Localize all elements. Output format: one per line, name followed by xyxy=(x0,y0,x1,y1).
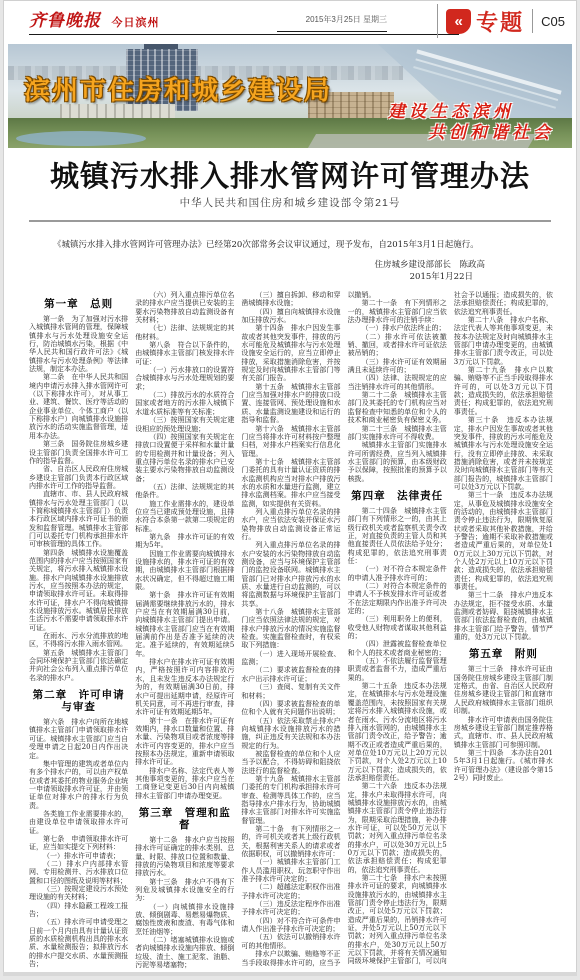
body-paragraph: 第二十二条 城镇排水主管部门及其委托的专门机构应当对监督检查中知悉的单位和个人的… xyxy=(348,391,447,424)
body-paragraph: 第二十八条 排水户名称、法定代表人等其他事项变更，未按本办法规定及时向城镇排水主… xyxy=(454,316,553,366)
body-paragraph: 施工作业需排水的，建设单位应当已建成预处理设施，且排水符合本条第一款第二项规定的… xyxy=(135,500,234,533)
body-paragraph: 列入重点排污单位名录的排水户安装的水污染物排放自动监测设备，应当与环境保护主管部… xyxy=(241,541,340,608)
body-paragraph: 第十一条 在排水许可证有效期内，排水口数量和位置、排水量、污染物项目或者浓度等排… xyxy=(135,717,234,767)
body-paragraph: （二）超越法定职权作出准予排水许可决定的； xyxy=(241,883,340,900)
body-paragraph: 第十二条 排水户应当按照排水许可证确定的排水类别、总量、时限、排放口位置和数量、… xyxy=(135,836,234,878)
body-paragraph: 第三十条 违反本办法规定，排水户因发生事故或者其他突发事件，排放的污水可能危及城… xyxy=(454,416,553,491)
chapter-heading: 第一章 总则 xyxy=(29,298,128,310)
body-paragraph: （五）依法可以撤销排水许可的其他情形。 xyxy=(241,933,340,950)
body-paragraph: （四）对不符合许可条件申请人作出准予排水许可决定的； xyxy=(241,917,340,934)
headline-rule xyxy=(29,220,551,222)
body-paragraph: 第三十三条 排水许可证由国务院住房城乡建设主管部门制定格式，由省、自治区人民政府… xyxy=(454,665,553,715)
body-paragraph: 在雨水、污水分流排放的地区，不得将污水排入雨水管网。 xyxy=(29,632,128,649)
body-paragraph: （三）查阅、复制有关文件和材料； xyxy=(241,683,340,700)
bottom-edge xyxy=(3,972,577,976)
body-paragraph: 第三条 国务院住房城乡建设主管部门负责全国排水许可工作的指导监督。 xyxy=(29,440,128,465)
preamble: 《城镇污水排入排水管网许可管理办法》已经第20次部常务会议审议通过，现予发布，自… xyxy=(53,238,537,250)
body-paragraph: 第三十一条 违反本办法规定，从事危及城镇排水设施安全的活动的，由城镇排水主管部门… xyxy=(454,491,553,591)
body-paragraph: 集中管理的建筑或者单位内有多个排水户的，可以由产权单位或者其委托的物业服务企业统… xyxy=(29,760,128,810)
newspaper-page: 齐鲁晚报 今日滨州 2015年3月25日 星期三 « 专题 C05 滨州市住房和… xyxy=(3,0,577,976)
body-paragraph: 第二十一条 有下列情形之一的，城镇排水主管部门应当依法办理排水许可的注销手续： xyxy=(348,299,447,324)
body-paragraph: 排水户名称、法定代表人等其他事项变更的，排水户应当在工商登记变更后30日内向城镇… xyxy=(135,767,234,800)
body-paragraph: 第八条 符合以下条件的，由城镇排水主管部门核发排水许可证： xyxy=(135,341,234,366)
masthead: 齐鲁晚报 今日滨州 xyxy=(29,6,459,35)
body-paragraph: 第三十四条 本办法自2015年3月1日起施行。《城市排水许可管理办法》（建设部令… xyxy=(454,749,553,782)
body-paragraph: 第五条 城镇排水主管部门会同环境保护主管部门依法确定并向社会公布列入重点排污单位… xyxy=(29,649,128,682)
body-paragraph: 第一条 为了加强对污水排入城镇排水管网的管理，保障城镇排水与污水处理设施安全运行… xyxy=(29,315,128,373)
body-paragraph: 第九条 排水许可证的有效期为5年。 xyxy=(135,533,234,550)
body-paragraph: （七）法律、法规规定的其他材料。 xyxy=(135,324,234,341)
section-block: « 专题 C05 xyxy=(437,4,565,38)
body-paragraph: （四）要求被监督检查的单位和个人就有关问题作出说明； xyxy=(241,700,340,717)
body-paragraph: 第十五条 城镇排水主管部门应当加强对排水户的排放口设置、连接管网、预处理设施和水… xyxy=(241,383,340,425)
body-paragraph: （四）擅自向城镇排水设施加压排放污水。 xyxy=(241,308,340,325)
paper-name: 齐鲁晚报 xyxy=(29,6,101,31)
body-paragraph: （五）排水许可申请受理之日前一个月内由具有计量认证资质的水质检测机构出具的排水水… xyxy=(29,918,128,968)
body-paragraph: （三）违反法定程序作出准予排水许可决定的； xyxy=(241,900,340,917)
body-paragraph: （四）排水隐蔽工程竣工报告； xyxy=(29,902,128,919)
section-label: 专题 xyxy=(476,6,524,37)
body-paragraph: （二）排水户内部排水管网、专用检测井、污水排放口位置和口径的图纸及说明等材料； xyxy=(29,860,128,885)
decree-line: 中华人民共和国住房和城乡建设部令第21号 xyxy=(3,195,577,210)
body-paragraph: 第二条 在中华人民共和国境内申请污水排入排水管网许可（以下称排水许可），对从事工… xyxy=(29,373,128,440)
body-paragraph: 因施工作业需要向城镇排水设施排水的，排水许可证的有效期，由城镇排水主管部门根据排… xyxy=(135,550,234,592)
body-paragraph: 省、自治区人民政府住房城乡建设主管部门负责本行政区域内排水许可工作的指导监督。 xyxy=(29,465,128,490)
body-paragraph: （三）按照国家有关规定建设相应的预处理设施； xyxy=(135,416,234,433)
body-paragraph: （一）城镇排水主管部门工作人员滥用职权、玩忽职守作出准予排水许可决定的； xyxy=(241,858,340,883)
body-paragraph: （五）依法采取禁止排水户向城镇排水设施排放污水的措施，纠正违反有关法规和本办法规… xyxy=(241,717,340,750)
body-paragraph: 第三十二条 排水户违反本办法规定，拒不接受水质、水量监测或者妨碍、阻挠城镇排水主… xyxy=(454,591,553,641)
body-paragraph: 第四条 城镇排水设施覆盖范围内的排水户应当按照国家有关规定，将污水排入城镇排水设… xyxy=(29,549,128,632)
body-paragraph: 第二十三条 城镇排水主管部门实施排水许可不得收费。 xyxy=(348,425,447,442)
body-paragraph: 第十六条 城镇排水主管部门应当将排水许可材料按户整理归档，对排水户档案实行信息化… xyxy=(241,425,340,458)
body-paragraph: 第十三条 排水户不得有下列危及城镇排水设施安全的行为： xyxy=(135,878,234,903)
body-paragraph: （三）利用职务上的便利，收受他人财物或者谋取其他利益的； xyxy=(348,615,447,640)
body-paragraph: （五）不依法履行监督管理职责或者监督不力，造成严重后果的。 xyxy=(348,657,447,682)
body-paragraph: 各类施工作业需要排水的，由建设单位申请领取排水许可证。 xyxy=(29,810,128,835)
body-paragraph: （二）对符合本规定条件的申请人不予核发排水许可证或者不在法定期限内作出准予许可决… xyxy=(348,582,447,615)
body-paragraph: （三）擅自拆卸、移动和穿凿城镇排水设施； xyxy=(241,291,340,308)
body-paragraph: （四）按照国家有关规定在排放口设置便于采样和水量计量的专用检测井和计量设备；列入… xyxy=(135,433,234,483)
banner-photo: 滨州市住房和城乡建设局 建设生态滨州 共创和谐社会 xyxy=(8,44,572,148)
signature-date: 2015年1月22日 xyxy=(410,270,473,282)
article-body-columns: 第一章 总则第一条 为了加强对污水排入城镇排水管网的管理，保障城镇排水与污水处理… xyxy=(29,291,553,974)
date-line: 2015年3月25日 星期三 xyxy=(277,14,387,32)
body-paragraph: （一）向城镇排水设施排放、倾倒剧毒、易燃易爆物质、腐蚀性废液和废渣、有毒气体和烹… xyxy=(135,903,234,936)
body-paragraph: （四）泄露被监督检查单位和个人的技术或者商业秘密的； xyxy=(348,640,447,657)
body-paragraph: （六）列入重点排污单位名录的排水户应当提供已安装的主要水污染物排放自动监测设备有… xyxy=(135,291,234,324)
body-paragraph: 第十七条 城镇排水主管部门委托的具有计量认证资质的排水监测机构应当对排水户排放污… xyxy=(241,458,340,508)
banner-slogan-line2: 共创和谐社会 xyxy=(428,118,554,143)
body-paragraph: （二）排放污水的水质符合国家或者地方的污水排入城镇下水道水质标准等有关标准； xyxy=(135,391,234,416)
body-paragraph: 第十四条 排水户因发生事故或者其他突发事件，排放的污水可能危及城镇排水与污水处理… xyxy=(241,324,340,382)
body-paragraph: （五）法律、法规规定的其他条件。 xyxy=(135,483,234,500)
body-paragraph: （一）对不符合本规定条件的申请人准予排水许可的； xyxy=(348,565,447,582)
chapter-heading: 第二章 许可申请与审查 xyxy=(29,689,128,713)
body-paragraph: 第二十九条 排水户以欺骗、贿赂等不正当手段取得排水许可的，可以处3万元以下罚款；… xyxy=(454,366,553,416)
article-headline: 城镇污水排入排水管网许可管理办法 xyxy=(3,154,577,195)
chapter-heading: 第五章 附则 xyxy=(454,648,553,660)
body-paragraph: 第十条 排水许可证有效期届满需要继续排放污水的，排水户应当在有效期届满30日前，… xyxy=(135,591,234,658)
banner-title: 滨州市住房和城乡建设局 xyxy=(24,70,332,107)
body-paragraph: 排水许可申请表由国务院住房城乡建设主管部门制定推荐格式，直辖市、市、县人民政府城… xyxy=(454,716,553,749)
body-paragraph: （三）排水许可证有效期届满且未延续许可的； xyxy=(348,358,447,375)
page-number: C05 xyxy=(532,9,565,33)
body-paragraph: 第二十五条 违反本办法规定，在城镇排水与污水处理设施覆盖范围内，未按照国家有关规… xyxy=(348,682,447,782)
body-paragraph: 城镇排水主管部门实施排水许可所需经费，应当列入城镇排水主管部门的预算，由本级财政… xyxy=(348,441,447,483)
body-paragraph: 被监督检查的单位和个人应当予以配合，不得妨碍和阻挠依法进行的监督检查。 xyxy=(241,750,340,775)
body-paragraph: 第十九条 城镇排水主管部门委托的专门机构承担排水许可审查、检测等具体工作的，应当… xyxy=(241,775,340,825)
body-paragraph: 排水户在排水许可证有效期内，严格按照许可内容排放污水，且未发生违反本办法规定行为… xyxy=(135,658,234,716)
body-paragraph: 直辖市、市、县人民政府城镇排水与污水处理主管部门（以下简称城镇排水主管部门）负责… xyxy=(29,490,128,548)
body-paragraph: 第二十四条 城镇排水主管部门有下列情形之一的，由其上级行政机关或者监察机关责令改… xyxy=(348,507,447,565)
body-paragraph: （一）进入现场开展检查、监测； xyxy=(241,650,340,667)
body-paragraph: 第六条 排水户向所在地城镇排水主管部门申请领取排水许可证。城镇排水主管部门应当自… xyxy=(29,718,128,760)
body-paragraph: （一）排水户依法终止的； xyxy=(348,324,447,332)
body-paragraph: （一）排水许可申请表； xyxy=(29,852,128,860)
body-paragraph: 第十八条 城镇排水主管部门应当依照法律法规的规定，对排水户排放污水的情况实施监督… xyxy=(241,608,340,650)
chapter-heading: 第四章 法律责任 xyxy=(348,490,447,502)
body-paragraph: （一）污水排放口的设置符合城镇排水与污水处理规划的要求； xyxy=(135,366,234,391)
body-paragraph: 第七条 申请领取排水许可证，应当如实提交下列材料： xyxy=(29,835,128,852)
page-header: 齐鲁晚报 今日滨州 2015年3月25日 星期三 « 专题 C05 xyxy=(3,0,577,42)
body-paragraph: （四）法律、法规规定的应当注销排水许可的其他情形。 xyxy=(348,374,447,391)
body-paragraph: 第二十六条 违反本办法规定，排水户未取得排水许可，向城镇排水设施排放污水的，由城… xyxy=(348,782,447,874)
edition-name: 今日滨州 xyxy=(111,14,159,30)
chapter-heading: 第三章 管理和监督 xyxy=(135,807,234,831)
body-paragraph: （二）排水许可依法被撤销、撤回，或者排水许可证依法被吊销的； xyxy=(348,333,447,358)
body-paragraph: （二）堵塞城镇排水设施或者向城镇排水设施内排放、倾倒垃圾、渣土、施工泥浆、油脂、… xyxy=(135,936,234,969)
body-paragraph: 列入重点排污单位名录的排水户，应当依法安装并保证水污染物排放自动监测设备正常运行… xyxy=(241,508,340,541)
body-paragraph: （三）按规定建设污水预处理设施的有关材料； xyxy=(29,885,128,902)
body-paragraph: 第二十条 有下列情形之一的，许可机关或者其上级行政机关，根据利害关系人的请求或者… xyxy=(241,825,340,858)
signature: 住房城乡建设部部长 陈政高 xyxy=(374,258,485,270)
pond xyxy=(16,131,146,146)
body-paragraph: （二）要求被监督检查的排水户出示排水许可证； xyxy=(241,666,340,683)
section-badge-icon: « xyxy=(446,9,471,34)
